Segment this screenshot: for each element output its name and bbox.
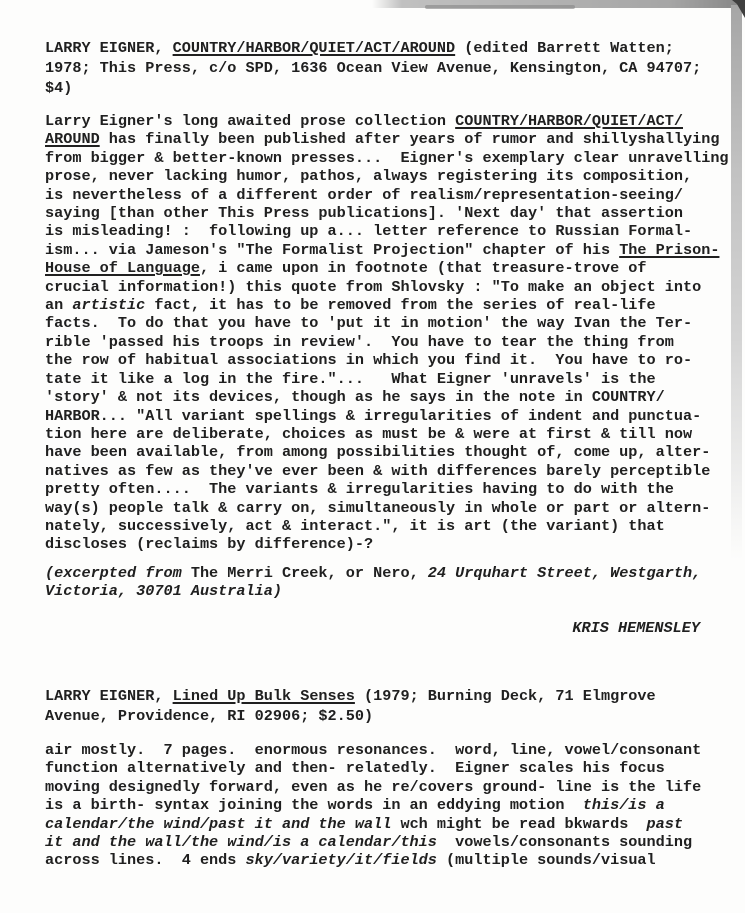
plain-text: is misleading! : following up a... lette…	[45, 222, 692, 240]
plain-text: tion here are deliberate, choices as mus…	[45, 425, 692, 443]
scan-corner-mark	[732, 0, 745, 18]
review-1-heading: LARRY EIGNER, COUNTRY/HARBOR/QUIET/ACT/A…	[45, 38, 745, 98]
plain-text: saying [than other This Press publicatio…	[45, 204, 683, 222]
plain-text: natives as few as they've ever been & wi…	[45, 462, 710, 480]
plain-text: way(s) people talk & carry on, simultane…	[45, 499, 710, 517]
text-line: LARRY EIGNER, Lined Up Bulk Senses (1979…	[45, 686, 745, 706]
plain-text: fact, it has to be removed from the seri…	[145, 296, 655, 314]
review-1-body: Larry Eigner's long awaited prose collec…	[45, 112, 745, 554]
plain-text: prose, never lacking humor, pathos, alwa…	[45, 167, 692, 185]
text-line: prose, never lacking humor, pathos, alwa…	[45, 167, 745, 185]
italic-text: Victoria, 30701 Australia)	[45, 582, 282, 600]
underlined-text: House of Language	[45, 259, 200, 277]
plain-text: Avenue, Providence, RI 02906; $2.50)	[45, 707, 373, 725]
plain-text: The Merri Creek, or Nero,	[191, 564, 428, 582]
plain-text: vowels/consonants sounding	[437, 833, 692, 851]
text-line: tate it like a log in the fire."... What…	[45, 370, 745, 388]
text-line: is nevertheless of a different order of …	[45, 186, 745, 204]
plain-text: has finally been published after years o…	[100, 130, 720, 148]
text-line: AROUND has finally been published after …	[45, 130, 745, 148]
plain-text: from bigger & better-known presses... Ei…	[45, 149, 729, 167]
plain-text: crucial information!) this quote from Sh…	[45, 278, 701, 296]
plain-text: is nevertheless of a different order of …	[45, 186, 683, 204]
text-line: House of Language, i came upon in footno…	[45, 259, 745, 277]
plain-text: 1978; This Press, c/o SPD, 1636 Ocean Vi…	[45, 59, 701, 77]
review-2-body: air mostly. 7 pages. enormous resonances…	[45, 741, 745, 870]
plain-text: pretty often.... The variants & irregula…	[45, 480, 674, 498]
text-line: Larry Eigner's long awaited prose collec…	[45, 112, 745, 130]
text-line: saying [than other This Press publicatio…	[45, 204, 745, 222]
plain-text: nately, successively, act & interact.", …	[45, 517, 665, 535]
scanned-document-page: LARRY EIGNER, COUNTRY/HARBOR/QUIET/ACT/A…	[0, 0, 745, 913]
plain-text: LARRY EIGNER,	[45, 39, 173, 57]
plain-text: Larry Eigner's long awaited prose collec…	[45, 112, 455, 130]
text-line: it and the wall/the wind/is a calendar/t…	[45, 833, 745, 851]
plain-text: air mostly. 7 pages. enormous resonances…	[45, 741, 701, 759]
text-line: ism... via Jameson's "The Formalist Proj…	[45, 241, 745, 259]
italic-text: artistic	[72, 296, 145, 314]
text-line: across lines. 4 ends sky/variety/it/fiel…	[45, 851, 745, 869]
text-line: $4)	[45, 78, 745, 98]
plain-text: across lines. 4 ends	[45, 851, 246, 869]
plain-text: HARBOR... "All variant spellings & irreg…	[45, 407, 701, 425]
plain-text: is a birth- syntax joining the words in …	[45, 796, 583, 814]
text-line: natives as few as they've ever been & wi…	[45, 462, 745, 480]
underlined-text: COUNTRY/HARBOR/QUIET/ACT/	[455, 112, 683, 130]
plain-text: 'story' & not its devices, though as he …	[45, 388, 665, 406]
text-line: moving designedly forward, even as he re…	[45, 778, 745, 796]
plain-text: have been available, from among possibil…	[45, 443, 710, 461]
plain-text: (multiple sounds/visual	[437, 851, 656, 869]
italic-text: 24 Urquhart Street, Westgarth,	[428, 564, 701, 582]
italic-text: it and the wall/the wind/is a calendar/t…	[45, 833, 437, 851]
italic-text: past	[647, 815, 683, 833]
text-line: LARRY EIGNER, COUNTRY/HARBOR/QUIET/ACT/A…	[45, 38, 745, 58]
text-line: is misleading! : following up a... lette…	[45, 222, 745, 240]
text-line: calendar/the wind/past it and the wall w…	[45, 815, 745, 833]
text-line: have been available, from among possibil…	[45, 443, 745, 461]
plain-text: discloses (reclaims by difference)-?	[45, 535, 373, 553]
text-line: Avenue, Providence, RI 02906; $2.50)	[45, 706, 745, 726]
byline-text: KRIS HEMENSLEY	[572, 619, 700, 637]
text-line: way(s) people talk & carry on, simultane…	[45, 499, 745, 517]
plain-text: , i came upon in footnote (that treasure…	[200, 259, 647, 277]
italic-text: calendar/the wind/past it and the wall	[45, 815, 391, 833]
text-line: function alternatively and then- related…	[45, 759, 745, 777]
text-line: (excerpted from The Merri Creek, or Nero…	[45, 564, 745, 582]
text-line: is a birth- syntax joining the words in …	[45, 796, 745, 814]
plain-text: tate it like a log in the fire."... What…	[45, 370, 656, 388]
text-line: an artistic fact, it has to be removed f…	[45, 296, 745, 314]
text-line: 1978; This Press, c/o SPD, 1636 Ocean Vi…	[45, 58, 745, 78]
plain-text: facts. To do that you have to 'put it in…	[45, 314, 692, 332]
text-line: the row of habitual associations in whic…	[45, 351, 745, 369]
review-1-source-note: (excerpted from The Merri Creek, or Nero…	[45, 564, 745, 601]
text-line: discloses (reclaims by difference)-?	[45, 535, 745, 553]
text-line: 'story' & not its devices, though as he …	[45, 388, 745, 406]
plain-text: $4)	[45, 79, 72, 97]
plain-text: (edited Barrett Watten;	[455, 39, 674, 57]
underlined-text: Lined Up Bulk Senses	[173, 687, 355, 705]
underlined-text: The Prison-	[619, 241, 719, 259]
underlined-text: COUNTRY/HARBOR/QUIET/ACT/AROUND	[173, 39, 456, 57]
text-line: rible 'passed his troops in review'. You…	[45, 333, 745, 351]
review-2-heading: LARRY EIGNER, Lined Up Bulk Senses (1979…	[45, 686, 745, 726]
italic-text: (excerpted from	[45, 564, 191, 582]
text-line: HARBOR... "All variant spellings & irreg…	[45, 407, 745, 425]
scan-smudge-top-dark	[425, 5, 575, 9]
text-line: from bigger & better-known presses... Ei…	[45, 149, 745, 167]
text-line: nately, successively, act & interact.", …	[45, 517, 745, 535]
review-1-byline: KRIS HEMENSLEY	[572, 618, 700, 638]
text-line: crucial information!) this quote from Sh…	[45, 278, 745, 296]
underlined-text: AROUND	[45, 130, 100, 148]
plain-text: an	[45, 296, 72, 314]
plain-text: ism... via Jameson's "The Formalist Proj…	[45, 241, 619, 259]
plain-text: function alternatively and then- related…	[45, 759, 665, 777]
plain-text: wch might be read bkwards	[391, 815, 646, 833]
plain-text: (1979; Burning Deck, 71 Elmgrove	[355, 687, 656, 705]
text-line: air mostly. 7 pages. enormous resonances…	[45, 741, 745, 759]
text-line: Victoria, 30701 Australia)	[45, 582, 745, 600]
plain-text: rible 'passed his troops in review'. You…	[45, 333, 674, 351]
text-line: facts. To do that you have to 'put it in…	[45, 314, 745, 332]
scan-smudge-top	[372, 0, 745, 8]
italic-text: this/is a	[583, 796, 665, 814]
plain-text: the row of habitual associations in whic…	[45, 351, 692, 369]
plain-text: moving designedly forward, even as he re…	[45, 778, 701, 796]
plain-text: LARRY EIGNER,	[45, 687, 173, 705]
italic-text: sky/variety/it/fields	[246, 851, 437, 869]
text-line: pretty often.... The variants & irregula…	[45, 480, 745, 498]
text-line: tion here are deliberate, choices as mus…	[45, 425, 745, 443]
